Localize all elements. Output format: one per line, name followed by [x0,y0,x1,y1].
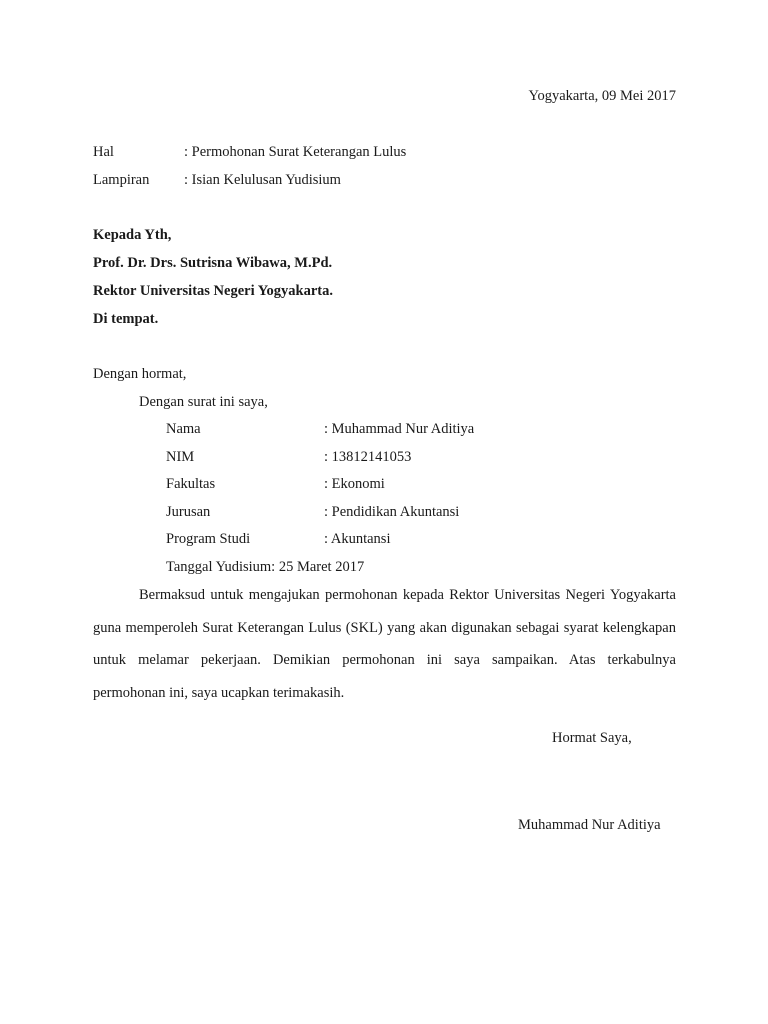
place-date: Yogyakarta, 09 Mei 2017 [528,89,676,104]
body-paragraph: Bermaksud untuk mengajukan permohonan ke… [93,579,676,709]
recipient-name: Prof. Dr. Drs. Sutrisna Wibawa, M.Pd. [93,256,332,271]
field-label-nim: NIM [166,450,194,465]
field-label-program-studi: Program Studi [166,532,250,547]
intro-line: Dengan surat ini saya, [139,395,268,410]
yudisium-date: Tanggal Yudisium: 25 Maret 2017 [166,560,364,575]
field-value-jurusan: : Pendidikan Akuntansi [324,505,459,520]
attachment-value: : Isian Kelulusan Yudisium [184,173,341,188]
signature-name: Muhammad Nur Aditiya [518,818,661,833]
recipient-greeting: Kepada Yth, [93,228,171,243]
field-value-program-studi: : Akuntansi [324,532,390,547]
field-value-nim: : 13812141053 [324,450,411,465]
field-label-nama: Nama [166,422,201,437]
subject-value: : Permohonan Surat Keterangan Lulus [184,145,406,160]
field-value-nama: : Muhammad Nur Aditiya [324,422,474,437]
field-label-jurusan: Jurusan [166,505,210,520]
closing: Hormat Saya, [552,731,632,746]
attachment-label: Lampiran [93,173,149,188]
recipient-place: Di tempat. [93,312,158,327]
recipient-title: Rektor Universitas Negeri Yogyakarta. [93,284,333,299]
field-value-fakultas: : Ekonomi [324,477,385,492]
field-label-fakultas: Fakultas [166,477,215,492]
salutation: Dengan hormat, [93,367,186,382]
subject-label: Hal [93,145,114,160]
